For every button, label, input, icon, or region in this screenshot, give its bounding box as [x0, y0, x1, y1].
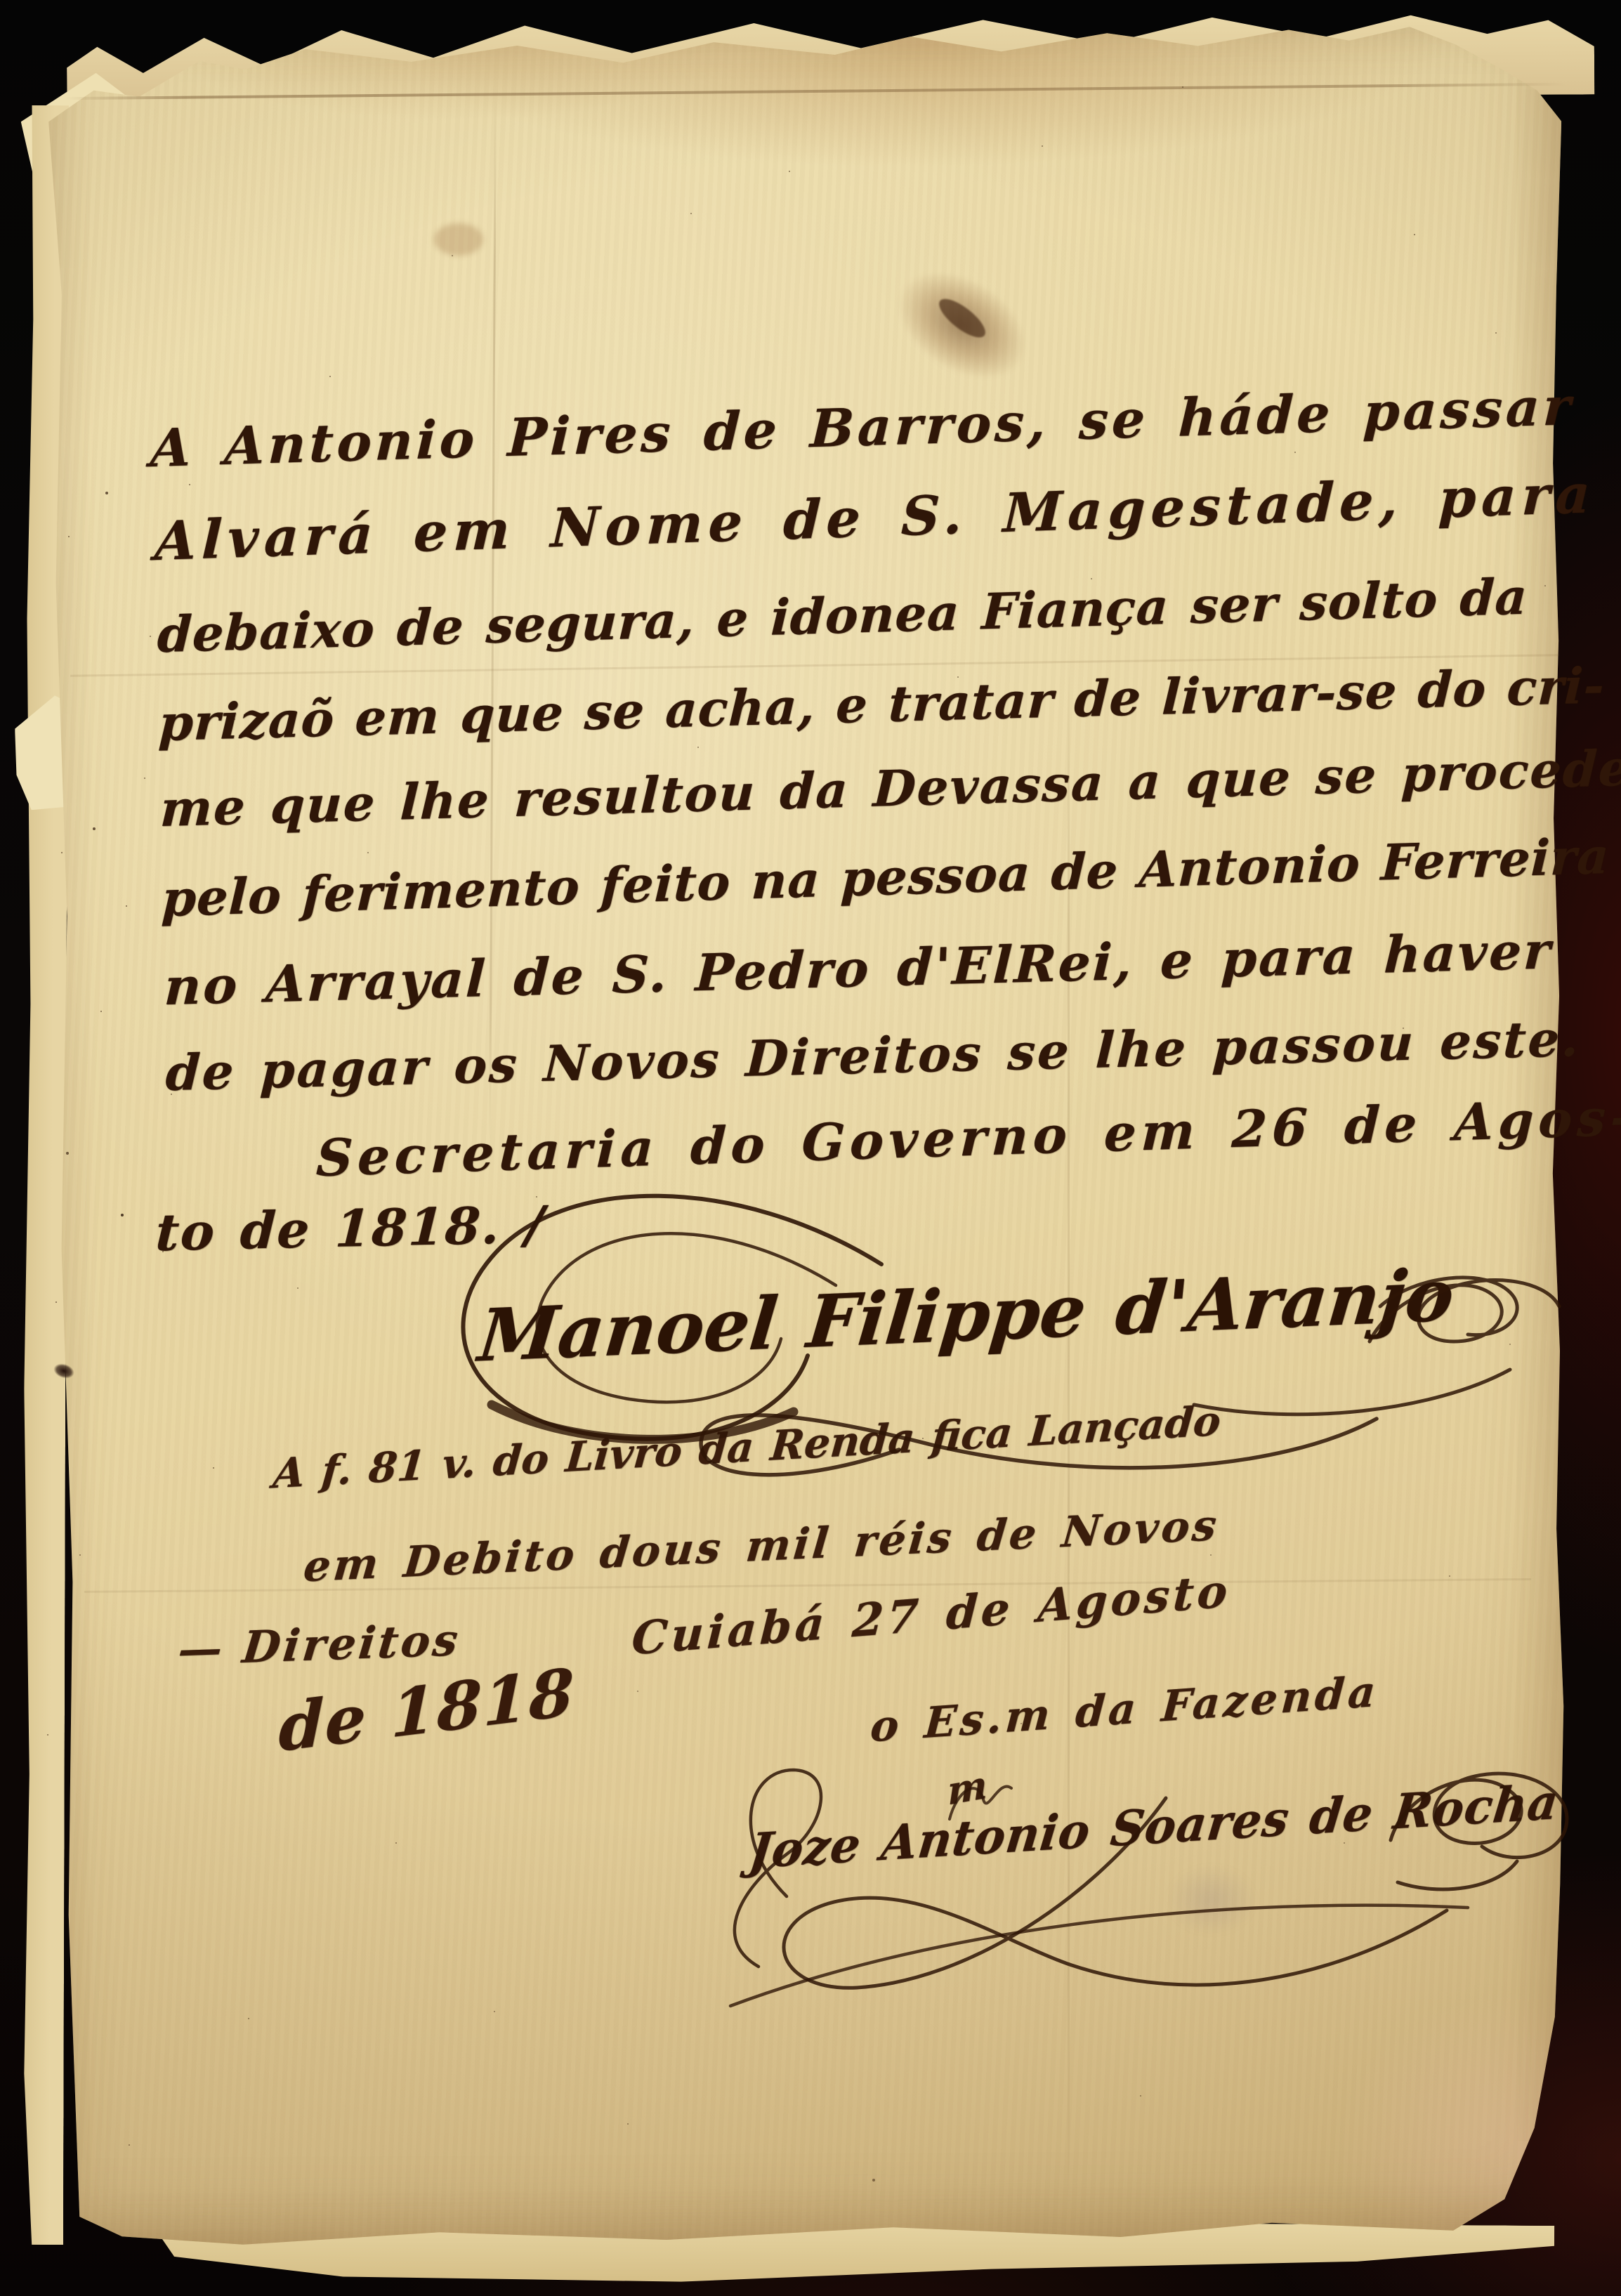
manuscript-photo: A Antonio Pires de Barros, se háde passa…	[0, 0, 1621, 2296]
manuscript-line-10: to de 1818. /	[155, 1194, 546, 1262]
annotation-flourish-m: m	[947, 1762, 988, 1814]
ink-speckles	[0, 0, 3, 3]
annotation-word-direitos: — Direitos	[176, 1614, 463, 1675]
faint-stain-spot	[434, 223, 483, 256]
faint-smudge-mark	[1152, 1854, 1271, 1946]
